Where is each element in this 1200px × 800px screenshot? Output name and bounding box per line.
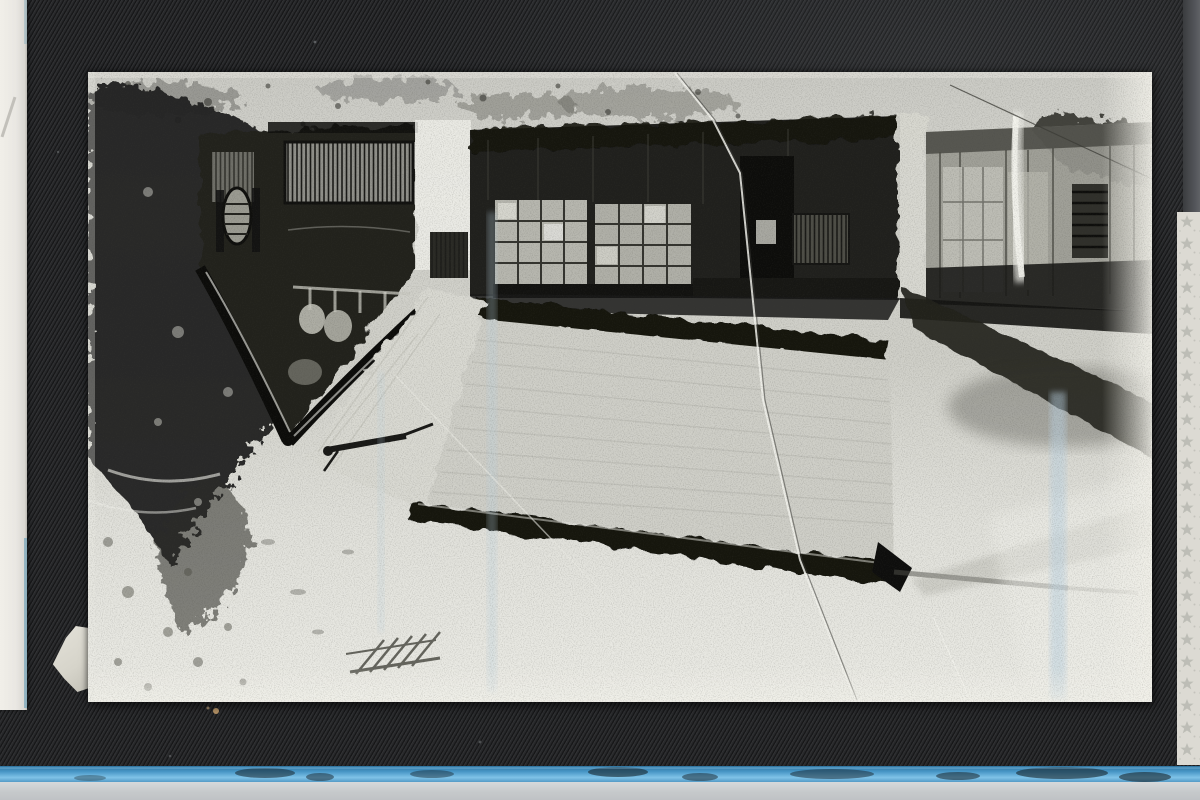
- page-edge-blue-line-top: [24, 0, 27, 44]
- photo-scene: [88, 72, 1152, 702]
- grain-overlay: [88, 72, 1152, 702]
- page-edge-blue-line: [24, 538, 27, 708]
- album-spread: { "meta": { "scene": "black-and-white ph…: [0, 0, 1200, 800]
- photo-print: [88, 72, 1152, 702]
